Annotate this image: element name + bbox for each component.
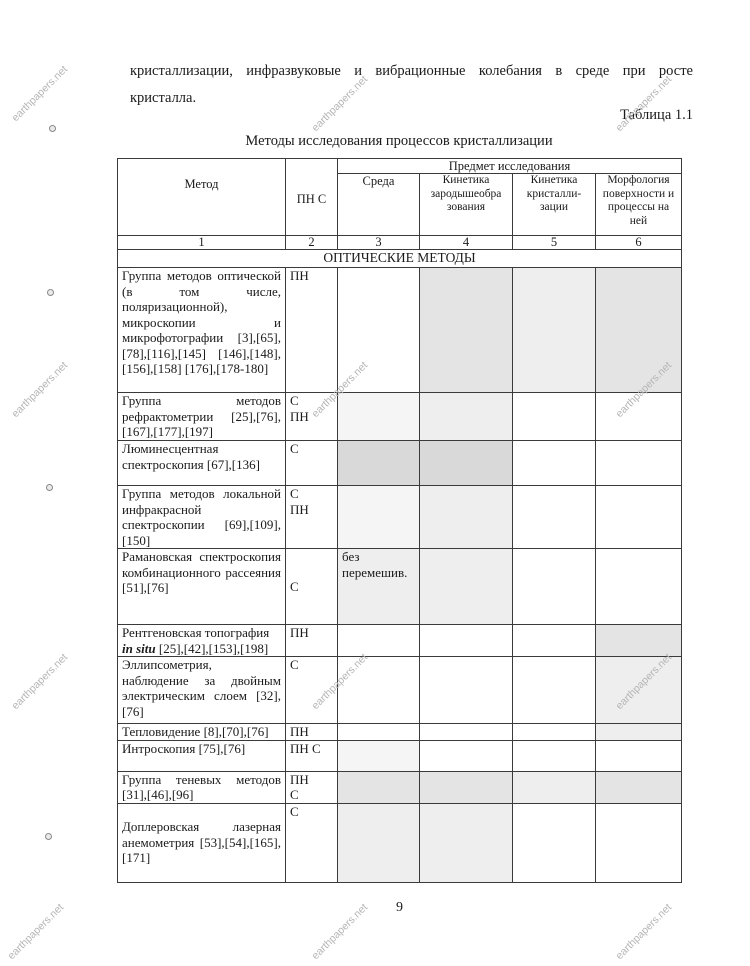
crystallization-cell	[513, 393, 596, 441]
binder-hole-icon	[49, 125, 56, 132]
crystallization-cell	[513, 268, 596, 393]
method-cell: Люминесцентная спектроскопия [67],[136]	[118, 441, 286, 486]
method-cell: Рамановская спектроскопия комбинационног…	[118, 549, 286, 625]
section-heading: ОПТИЧЕСКИЕ МЕТОДЫ	[118, 250, 682, 268]
morphology-cell	[596, 724, 682, 741]
nucleation-cell	[420, 441, 513, 486]
method-cell: Интроскопия [75],[76]	[118, 740, 286, 771]
header-subject-group: Предмет исследования	[338, 159, 682, 174]
table-row: Рентгеновская топографияin situ [25],[42…	[118, 625, 682, 657]
column-number: 5	[513, 236, 596, 250]
medium-cell	[338, 393, 420, 441]
crystallization-cell	[513, 803, 596, 882]
nucleation-cell	[420, 724, 513, 741]
crystallization-cell	[513, 657, 596, 724]
method-cell: Группа методов оптической (в том числе, …	[118, 268, 286, 393]
table-row: Рамановская спектроскопия комбинационног…	[118, 549, 682, 625]
column-number: 6	[596, 236, 682, 250]
nucleation-cell	[420, 803, 513, 882]
pns-cell: С ПН	[286, 486, 338, 549]
table-row: Интроскопия [75],[76]ПН С	[118, 740, 682, 771]
column-number: 1	[118, 236, 286, 250]
morphology-cell	[596, 268, 682, 393]
methods-table: Метод ПН С Предмет исследования Среда Ки…	[117, 158, 682, 883]
table-row: Люминесцентная спектроскопия [67],[136]С	[118, 441, 682, 486]
method-references: [25],[42],[153],[198]	[159, 641, 268, 656]
watermark: earthpapers.net	[10, 63, 71, 124]
pns-cell: ПН	[286, 625, 338, 657]
morphology-cell	[596, 549, 682, 625]
table-row: Доплеровская лазерная анемометрия [53],[…	[118, 803, 682, 882]
pns-cell: ПН	[286, 268, 338, 393]
method-cell: Доплеровская лазерная анемометрия [53],[…	[118, 803, 286, 882]
crystallization-cell	[513, 724, 596, 741]
page-number: 9	[396, 900, 403, 916]
morphology-cell	[596, 625, 682, 657]
watermark: earthpapers.net	[614, 901, 675, 962]
watermark: earthpapers.net	[6, 901, 67, 962]
body-paragraph-line-1: кристаллизации, инфразвуковые и вибрацио…	[130, 58, 693, 85]
header-pns: ПН С	[286, 159, 338, 236]
method-cell: Тепловидение [8],[70],[76]	[118, 724, 286, 741]
binder-hole-icon	[45, 833, 52, 840]
method-cell: Рентгеновская топографияin situ [25],[42…	[118, 625, 286, 657]
method-italic-term: in situ	[122, 641, 156, 656]
table-row: Группа методов рефрактометрии [25],[76],…	[118, 393, 682, 441]
column-number: 4	[420, 236, 513, 250]
nucleation-cell	[420, 268, 513, 393]
header-crystallization: Кинетика кристалли- зации	[513, 174, 596, 236]
medium-cell	[338, 486, 420, 549]
medium-cell	[338, 625, 420, 657]
method-cell: Группа методов рефрактометрии [25],[76],…	[118, 393, 286, 441]
binder-hole-icon	[47, 289, 54, 296]
column-number-row: 1 2 3 4 5 6	[118, 236, 682, 250]
crystallization-cell	[513, 740, 596, 771]
crystallization-cell	[513, 549, 596, 625]
watermark: earthpapers.net	[310, 901, 371, 962]
watermark: earthpapers.net	[10, 359, 71, 420]
method-cell: Группа теневых методов [31],[46],[96]	[118, 771, 286, 803]
pns-cell: ПН С	[286, 771, 338, 803]
nucleation-cell	[420, 625, 513, 657]
table-row: Эллипсометрия, наблюдение за двойным эле…	[118, 657, 682, 724]
morphology-cell	[596, 740, 682, 771]
medium-cell	[338, 771, 420, 803]
nucleation-cell	[420, 771, 513, 803]
morphology-cell	[596, 771, 682, 803]
medium-cell: без перемешив.	[338, 549, 420, 625]
crystallization-cell	[513, 441, 596, 486]
crystallization-cell	[513, 625, 596, 657]
body-paragraph-line-2: кристалла.	[130, 85, 693, 112]
binder-hole-icon	[46, 484, 53, 491]
column-number: 2	[286, 236, 338, 250]
nucleation-cell	[420, 549, 513, 625]
medium-cell	[338, 441, 420, 486]
nucleation-cell	[420, 657, 513, 724]
crystallization-cell	[513, 771, 596, 803]
table-row: Группа методов локальной инфракрасной сп…	[118, 486, 682, 549]
pns-cell: ПН	[286, 724, 338, 741]
method-cell: Группа методов локальной инфракрасной сп…	[118, 486, 286, 549]
header-nucleation: Кинетика зародышеобра зования	[420, 174, 513, 236]
pns-cell: С	[286, 549, 338, 625]
crystallization-cell	[513, 486, 596, 549]
morphology-cell	[596, 441, 682, 486]
header-morphology: Морфология поверхности и процессы на ней	[596, 174, 682, 236]
header-medium: Среда	[338, 174, 420, 236]
morphology-cell	[596, 803, 682, 882]
pns-cell: С	[286, 441, 338, 486]
morphology-cell	[596, 486, 682, 549]
medium-cell	[338, 803, 420, 882]
watermark: earthpapers.net	[10, 651, 71, 712]
table-row: Группа теневых методов [31],[46],[96]ПН …	[118, 771, 682, 803]
table-row: Тепловидение [8],[70],[76]ПН	[118, 724, 682, 741]
method-name: Рентгеновская топография	[122, 625, 269, 640]
nucleation-cell	[420, 486, 513, 549]
pns-cell: ПН С	[286, 740, 338, 771]
header-method: Метод	[118, 159, 286, 236]
nucleation-cell	[420, 740, 513, 771]
nucleation-cell	[420, 393, 513, 441]
medium-cell	[338, 740, 420, 771]
table-row: Группа методов оптической (в том числе, …	[118, 268, 682, 393]
column-number: 3	[338, 236, 420, 250]
pns-cell: С	[286, 803, 338, 882]
medium-cell	[338, 724, 420, 741]
method-cell: Эллипсометрия, наблюдение за двойным эле…	[118, 657, 286, 724]
table-title: Методы исследования процессов кристаллиз…	[117, 133, 681, 150]
